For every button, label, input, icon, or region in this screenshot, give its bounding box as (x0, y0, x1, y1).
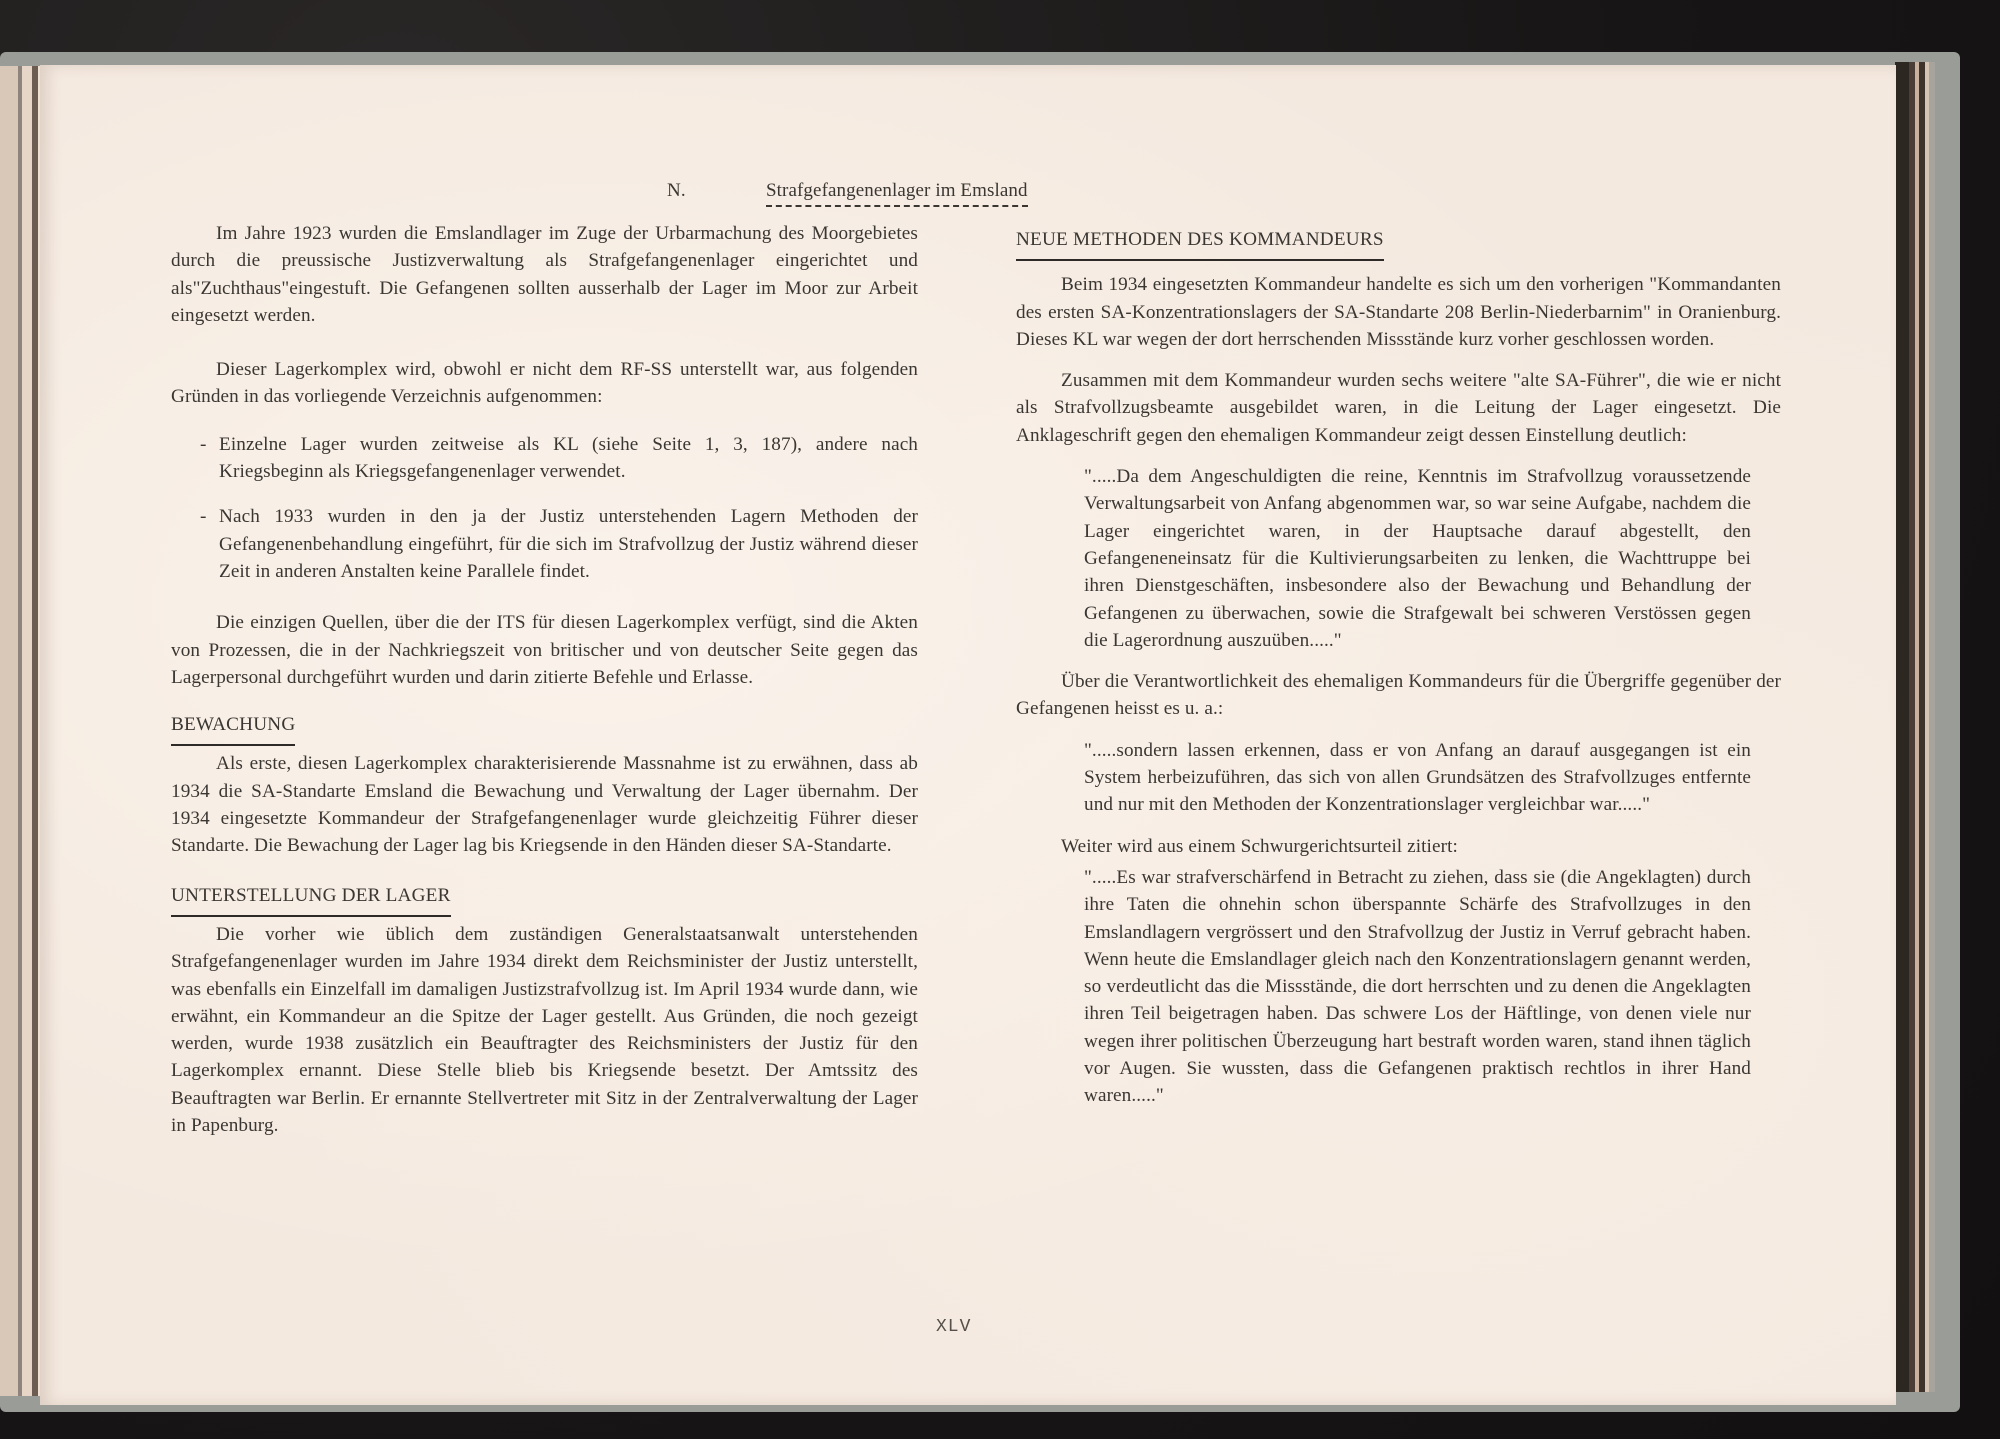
section-heading: NEUE METHODEN DES KOMMANDEURS (1016, 226, 1384, 261)
paragraph: Über die Verantwortlichkeit des ehemalig… (1016, 668, 1781, 723)
reason-paragraph: Dieser Lagerkomplex wird, obwohl er nich… (171, 356, 918, 411)
bullet-dash: - (200, 431, 207, 458)
sources-paragraph: Die einzigen Quellen, über die der ITS f… (171, 609, 918, 691)
right-column: NEUE METHODEN DES KOMMANDEURS Beim 1934 … (1016, 226, 1781, 1110)
bullet-text: Nach 1933 wurden in den ja der Justiz un… (219, 503, 918, 585)
block-quote: ".....sondern lassen erkennen, dass er v… (1016, 737, 1781, 819)
section-paragraph: Die vorher wie üblich dem zuständigen Ge… (171, 921, 918, 1139)
bullet-dash: - (200, 503, 207, 530)
bullet-item: - Einzelne Lager wurden zeitweise als KL… (171, 431, 918, 486)
intro-paragraph: Im Jahre 1923 wurden die Emslandlager im… (171, 220, 918, 329)
bullet-text: Einzelne Lager wurden zeitweise als KL (… (219, 431, 918, 486)
running-header: N. Strafgefangenenlager im Emsland (40, 177, 1896, 207)
paragraph: Zusammen mit dem Kommandeur wurden sechs… (1016, 367, 1781, 449)
section-unterstellung: UNTERSTELLUNG DER LAGER Die vorher wie ü… (171, 882, 918, 1140)
section-letter: N. (667, 177, 686, 204)
block-quote: ".....Es war strafverschärfend in Betrac… (1016, 864, 1781, 1110)
right-page-edges (1895, 62, 1935, 1392)
section-paragraph: Als erste, diesen Lagerkomplex charakter… (171, 750, 918, 859)
section-heading: BEWACHUNG (171, 711, 295, 746)
left-column: Im Jahre 1923 wurden die Emslandlager im… (171, 220, 918, 1139)
paragraph: Beim 1934 eingesetzten Kommandeur handel… (1016, 271, 1781, 353)
section-heading: UNTERSTELLUNG DER LAGER (171, 882, 451, 917)
bullet-item: - Nach 1933 wurden in den ja der Justiz … (171, 503, 918, 585)
page-title: Strafgefangenenlager im Emsland (766, 177, 1028, 207)
section-bewachung: BEWACHUNG Als erste, diesen Lagerkomplex… (171, 711, 918, 859)
document-page: N. Strafgefangenenlager im Emsland Im Ja… (40, 65, 1896, 1405)
block-quote: ".....Da dem Angeschuldigten die reine, … (1016, 463, 1781, 654)
paragraph: Weiter wird aus einem Schwurgerichtsurte… (1016, 833, 1781, 860)
page-number: XLV (936, 1317, 971, 1337)
